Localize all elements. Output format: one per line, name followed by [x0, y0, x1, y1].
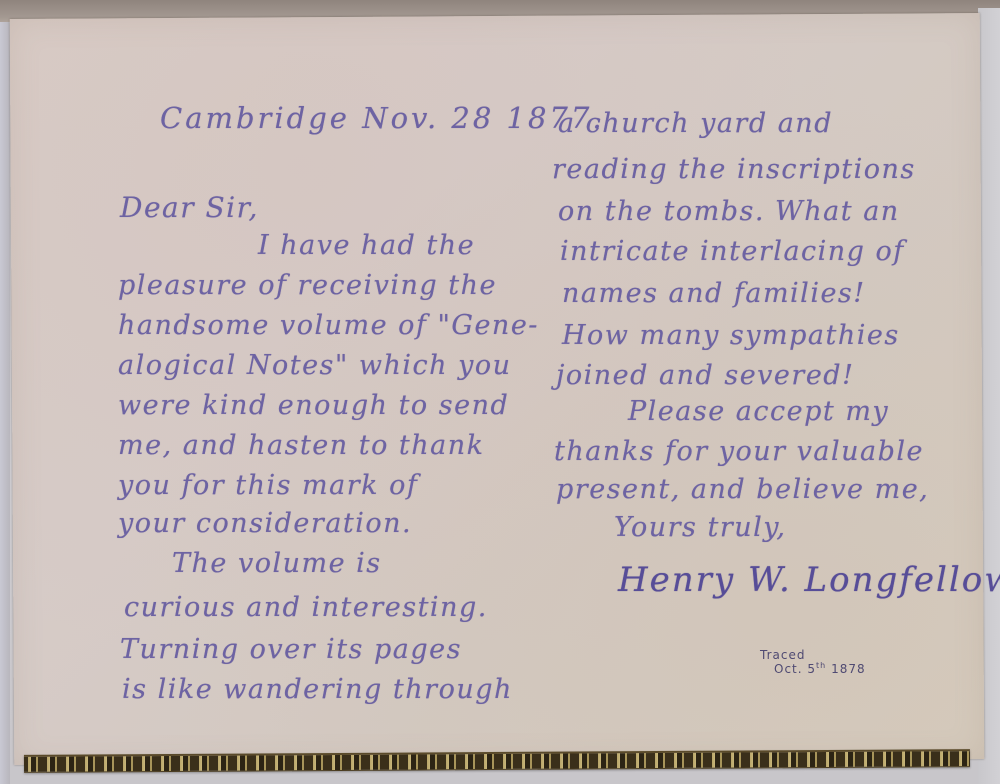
pencil-annotation: Traced Oct. 5th 1878: [760, 648, 866, 676]
right-line-5: names and families!: [562, 280, 866, 307]
right-line-1: a church yard and: [558, 110, 833, 137]
annotation-date: Oct. 5: [774, 662, 816, 676]
annotation-year: 1878: [831, 662, 866, 676]
background-left-edge: [0, 22, 10, 784]
left-line-10: curious and interesting.: [124, 594, 488, 621]
right-line-8: Please accept my: [628, 398, 889, 425]
annotation-line-1: Traced: [760, 648, 805, 662]
left-line-6: me, and hasten to thank: [118, 432, 485, 459]
right-line-10: present, and believe me,: [556, 476, 929, 503]
left-line-11: Turning over its pages: [120, 636, 462, 663]
left-line-5: were kind enough to send: [118, 392, 509, 419]
left-line-7: you for this mark of: [118, 472, 418, 499]
right-line-6: How many sympathies: [562, 322, 900, 349]
right-line-2: reading the inscriptions: [552, 156, 916, 183]
right-line-9: thanks for your valuable: [554, 438, 924, 465]
right-line-7: joined and severed!: [556, 362, 854, 389]
letter-salutation: Dear Sir,: [120, 194, 259, 222]
annotation-ordinal: th: [816, 661, 826, 670]
left-line-3: handsome volume of "Gene-: [118, 312, 539, 339]
right-line-3: on the tombs. What an: [558, 198, 900, 225]
left-line-2: pleasure of receiving the: [118, 272, 497, 299]
left-line-1: I have had the: [258, 232, 475, 259]
left-line-9: The volume is: [172, 550, 382, 577]
signature: Henry W. Longfellow.: [618, 560, 1000, 600]
letter-dateline: Cambridge Nov. 28 1877.: [160, 104, 605, 133]
annotation-line-2: Oct. 5th 1878: [774, 661, 866, 676]
right-line-4: intricate interlacing of: [560, 238, 905, 265]
left-line-12: is like wandering through: [122, 676, 513, 703]
left-line-4: alogical Notes" which you: [118, 352, 512, 379]
right-line-11: Yours truly,: [614, 514, 787, 541]
left-line-8: your consideration.: [118, 510, 412, 537]
